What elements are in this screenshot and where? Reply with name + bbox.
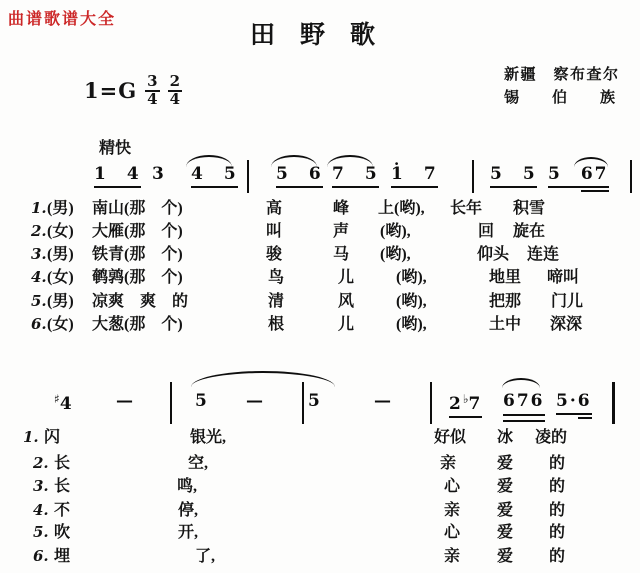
dash-note: — bbox=[116, 393, 135, 410]
lyric-syllable: 的 bbox=[549, 548, 565, 566]
lyric-syllable: 仰头 bbox=[477, 246, 509, 264]
lyric-syllable: 的 bbox=[549, 502, 565, 520]
note-group: 1 4 bbox=[94, 166, 141, 188]
verse-number: 3. bbox=[31, 246, 47, 263]
lyric-syllable: 空, bbox=[188, 455, 208, 473]
sheet-music-page: 曲谱歌谱大全 田 野 歌 1=G 3 4 2 4 新疆 察布查尔 锡 伯 族 精… bbox=[0, 0, 640, 573]
note-text: 4 bbox=[60, 394, 74, 414]
lyric-syllable: 了, bbox=[195, 548, 215, 566]
lyric-syllable: 闪 bbox=[44, 429, 60, 447]
lyric-syllable: 积雪 bbox=[513, 200, 545, 218]
key-signature: 1=G 3 4 2 4 bbox=[84, 74, 182, 108]
lyric-syllable: 停, bbox=[178, 502, 198, 520]
lyric-syllable: 长 bbox=[54, 455, 70, 473]
lyric-syllable: 吹 bbox=[54, 524, 70, 542]
lyric-syllable: 连连 bbox=[527, 246, 559, 264]
note-group: 3 bbox=[152, 166, 166, 183]
dash-note: — bbox=[374, 393, 393, 410]
sixteenth-pair: 67 bbox=[581, 164, 609, 184]
barline bbox=[430, 382, 432, 424]
page-title: 田 野 歌 bbox=[250, 15, 375, 51]
lyric-syllable: 凌的 bbox=[535, 429, 567, 447]
tempo-marking: 精快 bbox=[99, 135, 131, 158]
tonic-label: 1=G bbox=[84, 78, 137, 103]
lyric-syllable: 峰 bbox=[333, 200, 349, 218]
verse-bottom-row: 1. 闪 银光, 好似 冰 凌的 bbox=[0, 429, 640, 449]
attribution-ethnic: 锡 伯 族 bbox=[504, 87, 624, 110]
note-group: 4 5 bbox=[191, 166, 238, 188]
lyric-phrase: 凉爽 爽 的 bbox=[92, 293, 188, 311]
lyric-syllable: 爱 bbox=[497, 548, 513, 566]
verse-bottom-row: 3. 长 鸣, 心 爱 的 bbox=[0, 478, 640, 498]
verse-top-row: 2. (女) 大雁(那 个) 叫 声 (哟), 回 旋在 bbox=[0, 223, 640, 243]
lyric-syllable: 开, bbox=[178, 524, 198, 542]
lyric-syllable: 的 bbox=[549, 478, 565, 496]
verse-bottom-row: 4. 不 停, 亲 爱 的 bbox=[0, 502, 640, 522]
barline bbox=[630, 160, 632, 193]
attribution-region: 新疆 察布查尔 bbox=[504, 64, 624, 87]
note-group: 5 bbox=[308, 393, 322, 410]
lyric-syllable: 爱 bbox=[497, 502, 513, 520]
barline bbox=[170, 382, 172, 424]
verse-bottom-row: 6. 埋 了, 亲 爱 的 bbox=[0, 548, 640, 568]
lyric-phrase: 大雁(那 个) bbox=[92, 223, 183, 241]
lyric-syllable: 亲 bbox=[444, 502, 460, 520]
time-signature-2: 2 4 bbox=[168, 74, 182, 108]
gender-label: (女) bbox=[47, 269, 74, 287]
lyric-syllable: 鸟 bbox=[268, 269, 284, 287]
note-text: 5· bbox=[556, 391, 578, 411]
sixteenth-note: 6 bbox=[578, 391, 592, 411]
lyric-syllable: 心 bbox=[444, 524, 460, 542]
verse-top-row: 6. (女) 大葱(那 个) 根 儿 (哟), 土中 深深 bbox=[0, 316, 640, 336]
verse-number: 6. bbox=[31, 316, 47, 333]
lyric-syllable: 把那 bbox=[489, 293, 521, 311]
lyric-syllable: 亲 bbox=[440, 455, 456, 473]
verse-top-row: 4. (女) 鹌鹑(那 个) 鸟 儿 (哟), 地里 啼叫 bbox=[0, 269, 640, 289]
verse-bottom-row: 5. 吹 开, 心 爱 的 bbox=[0, 524, 640, 544]
time-signature-1-denominator: 4 bbox=[145, 92, 159, 108]
lyric-syllable: 高 bbox=[266, 200, 282, 218]
lyric-syllable: 心 bbox=[444, 478, 460, 496]
note-group: 2♭7 bbox=[449, 393, 482, 418]
verse-number: 4. bbox=[31, 269, 47, 286]
lyric-syllable: 不 bbox=[54, 502, 70, 520]
gender-label: (男) bbox=[47, 246, 74, 264]
lyric-syllable: 爱 bbox=[497, 478, 513, 496]
lyric-syllable: 深深 bbox=[550, 316, 582, 334]
note-group: 5 bbox=[195, 393, 209, 410]
note-group: ♯4 bbox=[54, 393, 74, 413]
gender-label: (女) bbox=[47, 316, 74, 334]
lyric-syllable: 好似 bbox=[434, 429, 466, 447]
barline bbox=[302, 382, 304, 424]
verse-bottom-row: 2. 长 空, 亲 爱 的 bbox=[0, 455, 640, 475]
tie-slur bbox=[191, 371, 335, 387]
note-group: 5 6 bbox=[276, 166, 323, 188]
lyric-syllable: 爱 bbox=[497, 524, 513, 542]
verse-number: 2. bbox=[33, 455, 49, 472]
verse-number: 2. bbox=[31, 223, 47, 240]
lyric-phrase: 鹌鹑(那 个) bbox=[92, 269, 183, 287]
gender-label: (男) bbox=[47, 293, 74, 311]
site-watermark: 曲谱歌谱大全 bbox=[8, 6, 116, 29]
verse-number: 3. bbox=[33, 478, 49, 495]
lyric-syllable: 声 bbox=[333, 223, 349, 241]
lyric-syllable: 的 bbox=[549, 455, 565, 473]
octave-dot: · bbox=[394, 157, 399, 172]
lyric-syllable: 叫 bbox=[266, 223, 282, 241]
lyric-syllable: 马 bbox=[333, 246, 349, 264]
lyric-syllable: 长 bbox=[54, 478, 70, 496]
lyric-syllable: 风 bbox=[338, 293, 354, 311]
lyric-syllable: 埋 bbox=[54, 548, 70, 566]
lyric-syllable: 银光, bbox=[190, 429, 226, 447]
lyric-syllable: 土中 bbox=[489, 316, 521, 334]
lyric-syllable: 回 bbox=[478, 223, 494, 241]
barline bbox=[247, 160, 249, 193]
verse-number: 5. bbox=[31, 293, 47, 310]
dash-note: — bbox=[246, 393, 265, 410]
slur bbox=[502, 378, 540, 388]
note-group: 7 5 bbox=[332, 166, 379, 188]
verse-top-row: 3. (男) 铁青(那 个) 骏 马 (哟), 仰头 连连 bbox=[0, 246, 640, 266]
final-barline bbox=[612, 382, 615, 424]
lyric-syllable: 冰 bbox=[497, 429, 513, 447]
lyric-syllable: 门儿 bbox=[551, 293, 583, 311]
attribution: 新疆 察布查尔 锡 伯 族 bbox=[504, 64, 624, 109]
lyric-syllable: 根 bbox=[268, 316, 284, 334]
lyric-syllable: 儿 bbox=[338, 316, 354, 334]
lyric-syllable: 鸣, bbox=[177, 478, 197, 496]
note-group: 5 67 bbox=[548, 166, 609, 188]
lyric-syllable: (哟), bbox=[396, 293, 427, 311]
verse-top-row: 1. (男) 南山(那 个) 高 峰 上(哟), 长年 积雪 bbox=[0, 200, 640, 220]
barline bbox=[472, 160, 474, 193]
lyric-syllable: 啼叫 bbox=[547, 269, 579, 287]
time-signature-1: 3 4 bbox=[145, 74, 159, 108]
time-signature-2-denominator: 4 bbox=[168, 92, 182, 108]
lyric-phrase: 铁青(那 个) bbox=[92, 246, 183, 264]
lyric-phrase: 南山(那 个) bbox=[92, 200, 183, 218]
lyric-syllable: 亲 bbox=[444, 548, 460, 566]
lyric-syllable: (哟), bbox=[380, 246, 411, 264]
lyric-syllable: (哟), bbox=[396, 269, 427, 287]
note-text: 2 bbox=[449, 394, 463, 414]
lyric-syllable: 旋在 bbox=[513, 223, 545, 241]
lyric-syllable: (哟), bbox=[396, 316, 427, 334]
lyric-syllable: 儿 bbox=[338, 269, 354, 287]
lyric-syllable: 爱 bbox=[497, 455, 513, 473]
verse-number: 1. bbox=[23, 429, 39, 446]
note-text: 7 bbox=[469, 394, 483, 414]
lyric-syllable: 骏 bbox=[266, 246, 282, 264]
verse-top-row: 5. (男) 凉爽 爽 的 清 风 (哟), 把那 门儿 bbox=[0, 293, 640, 313]
gender-label: (女) bbox=[47, 223, 74, 241]
lyric-syllable: 地里 bbox=[489, 269, 521, 287]
verse-number: 5. bbox=[33, 524, 49, 541]
verse-number: 6. bbox=[33, 548, 49, 565]
verse-number: 1. bbox=[31, 200, 47, 217]
lyric-syllable: 上(哟), bbox=[378, 200, 425, 218]
lyric-syllable: (哟), bbox=[380, 223, 411, 241]
lyric-phrase: 大葱(那 个) bbox=[92, 316, 183, 334]
note-group: 5·6 bbox=[556, 393, 592, 415]
lyric-syllable: 长年 bbox=[450, 200, 482, 218]
note-group: 5 5 bbox=[490, 166, 537, 188]
gender-label: (男) bbox=[47, 200, 74, 218]
verse-number: 4. bbox=[33, 502, 49, 519]
lyric-syllable: 清 bbox=[268, 293, 284, 311]
note-group: 676 bbox=[503, 391, 545, 416]
note-group: ·1 7 bbox=[391, 166, 438, 188]
lyric-syllable: 的 bbox=[549, 524, 565, 542]
note-text: 5 bbox=[548, 164, 581, 184]
